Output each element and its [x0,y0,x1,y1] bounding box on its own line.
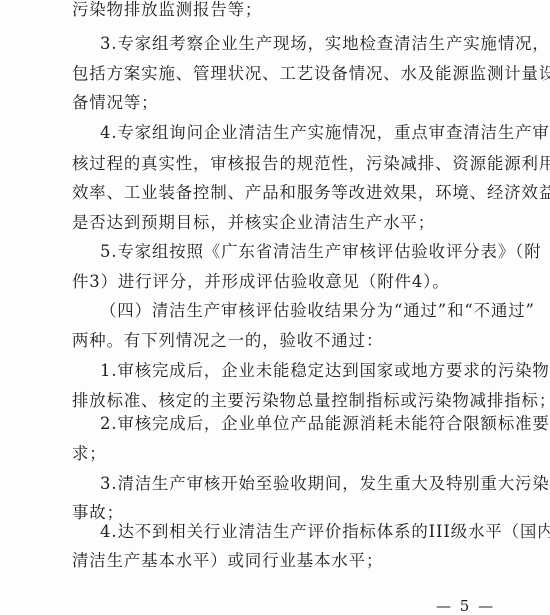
text-line: 备情况等； [72,93,460,113]
text-line: 2.审核完成后，企业单位产品能源消耗未能符合限额标准要 [100,414,460,434]
text-line: 效率、工业装备控制、产品和服务等改进效果，环境、经济效益 [72,183,460,203]
text-line: 污染物排放监测报告等； [72,0,460,20]
text-line: （四）清洁生产审核评估验收结果分为“通过”和“不通过” [100,301,460,321]
text-line: 4.专家组询问企业清洁生产实施情况，重点审查清洁生产审 [100,123,460,143]
text-line: 排放标准、核定的主要污染物总量控制指标或污染物减排指标； [72,391,460,411]
text-line: 1.审核完成后，企业未能稳定达到国家或地方要求的污染物 [100,361,460,381]
document-page: 污染物排放监测报告等； 3.专家组考察企业生产现场，实地检查清洁生产实施情况， … [0,0,550,615]
text-line: 5.专家组按照《广东省清洁生产审核评估验收评分表》（附 [100,242,460,262]
page-number: — 5 — [436,597,495,615]
text-line: 清洁生产基本水平）或同行业基本水平； [72,551,460,571]
text-line: 事故； [72,503,460,523]
text-line: 是否达到预期目标，并核实企业清洁生产水平； [72,213,460,233]
text-line: 3.专家组考察企业生产现场，实地检查清洁生产实施情况， [100,34,460,54]
text-line: 3.清洁生产审核开始至验收期间，发生重大及特别重大污染 [100,474,460,494]
text-line: 核过程的真实性，审核报告的规范性，污染减排、资源能源利用 [72,154,460,174]
text-line: 件3）进行评分，并形成评估验收意见（附件4）。 [72,272,460,292]
text-line: 4.达不到相关行业清洁生产评价指标体系的III级水平（国内 [100,522,460,542]
text-line: 包括方案实施、管理状况、工艺设备情况、水及能源监测计量设 [72,64,460,84]
text-line: 两种。有下列情况之一的，验收不通过： [72,331,460,351]
text-line: 求； [72,444,460,464]
